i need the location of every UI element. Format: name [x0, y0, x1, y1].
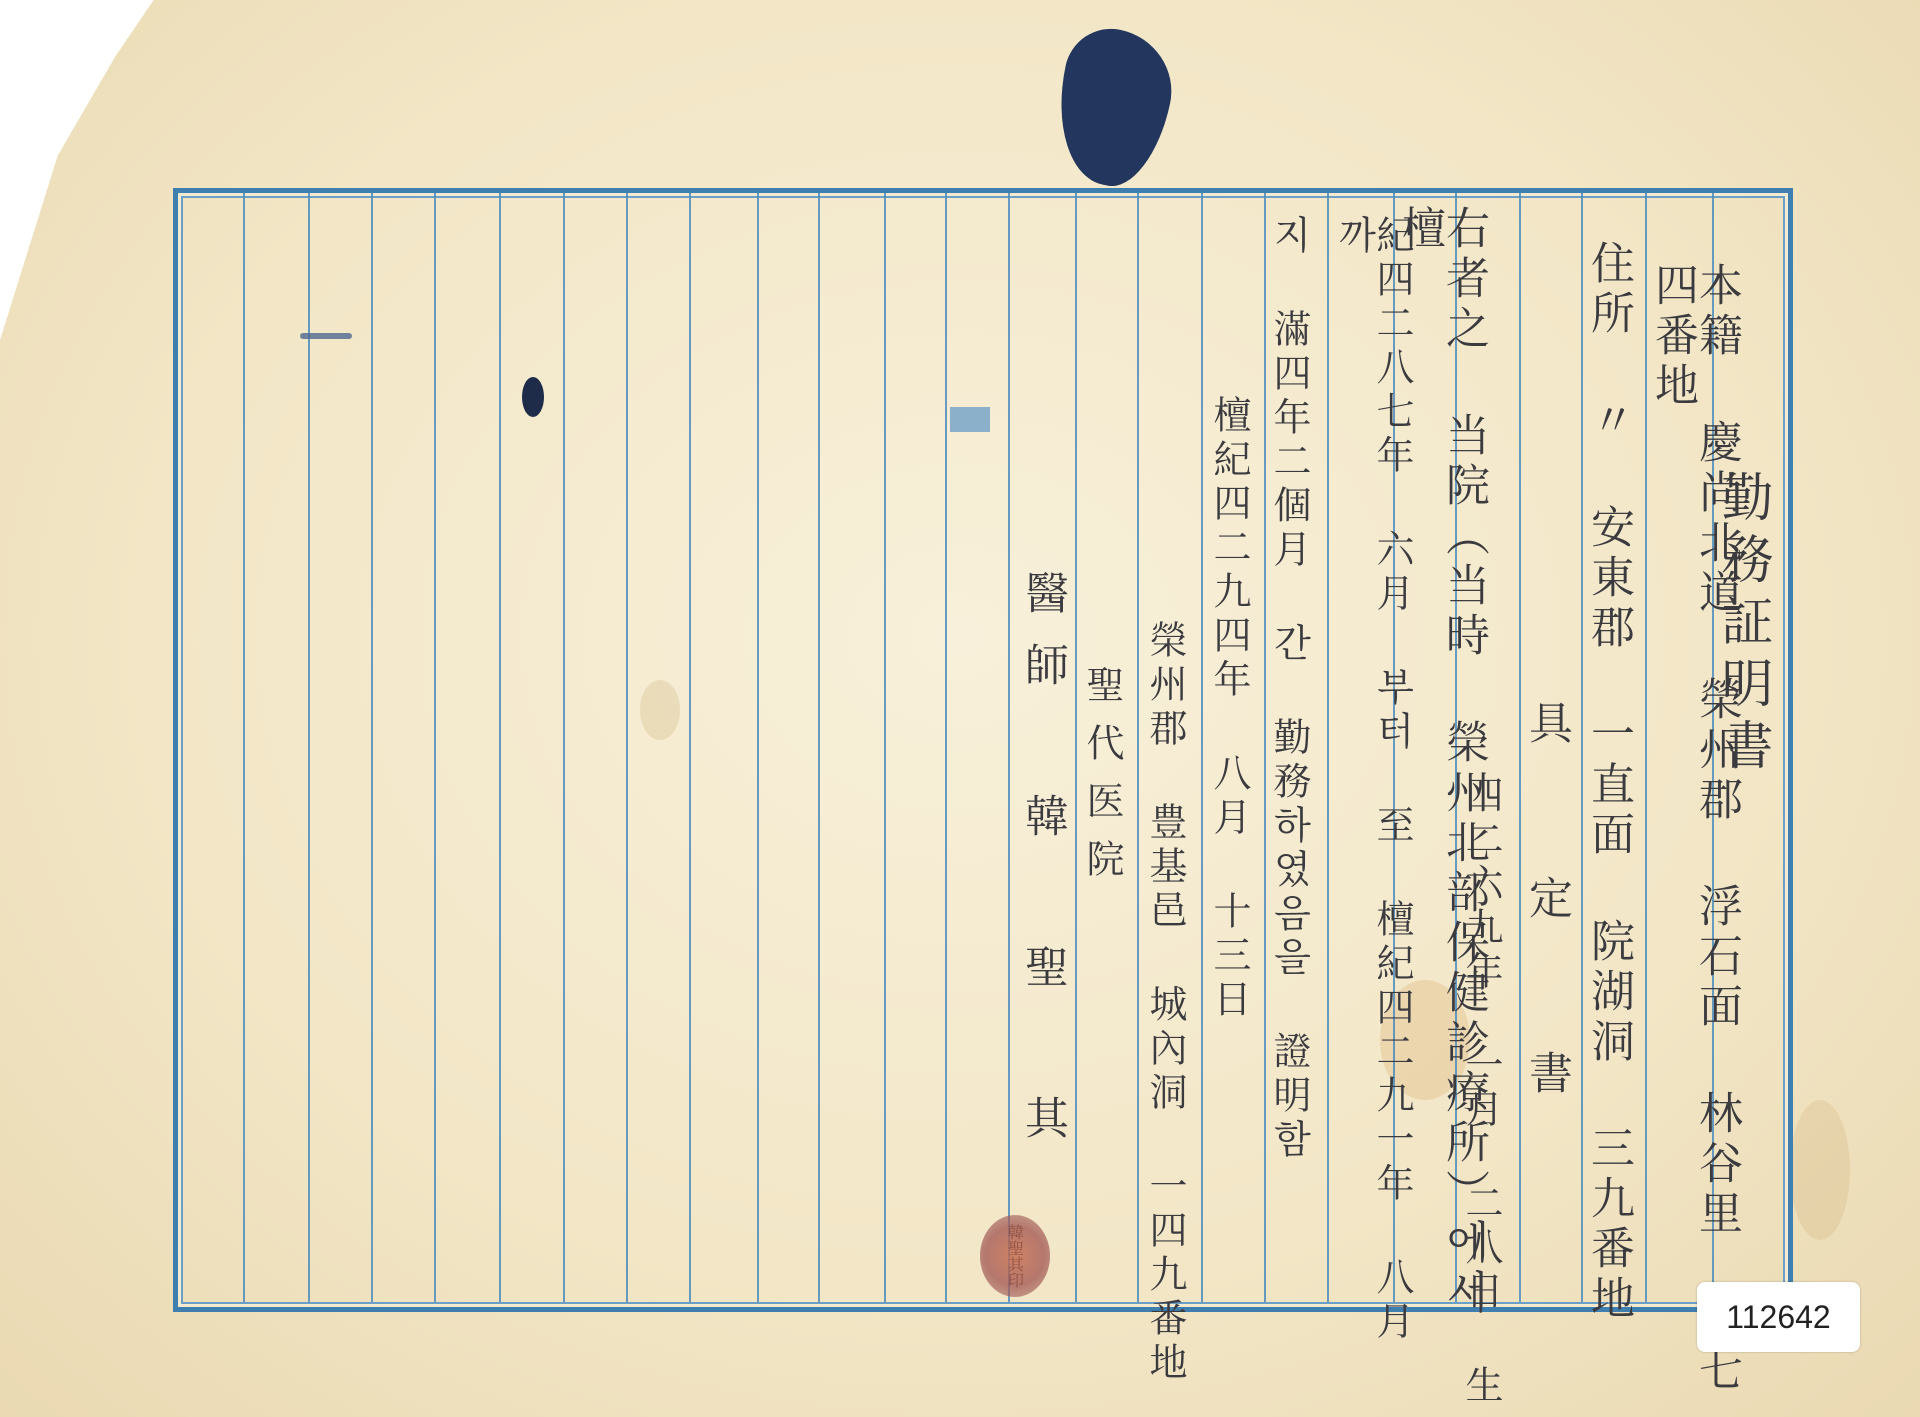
ruling-line [1008, 193, 1010, 1302]
ruling-line [1327, 193, 1329, 1302]
address-line: 住所 〃 安東郡 一直面 院湖洞 三九番地 [1586, 240, 1630, 1325]
ruling-line [1075, 193, 1077, 1302]
name-line: 具 定 書 [1524, 700, 1568, 1134]
age-stain [1790, 1100, 1850, 1240]
doctor-signature-line: 醫師 韓 聖 其 [1020, 570, 1064, 1167]
ruling-line [818, 193, 820, 1302]
domicile-line: 本籍 慶尚北道 榮州郡 浮石面 林谷里 五七四番地 [1650, 262, 1738, 1417]
ink-dash-mark [300, 333, 352, 339]
ink-dot [522, 377, 544, 417]
red-seal-stamp: 韓聖其印 [980, 1215, 1050, 1297]
ruling-line [689, 193, 691, 1302]
ruling-line [499, 193, 501, 1302]
issuer-clinic-line: 聖代医院 [1083, 665, 1121, 897]
ruling-line [1264, 193, 1266, 1302]
issuer-address-line: 榮州郡 豊基邑 城內洞 一四九番地 [1146, 620, 1184, 1386]
ruling-line [1137, 193, 1139, 1302]
ruling-line [884, 193, 886, 1302]
ruling-line [1201, 193, 1203, 1302]
center-fold-mark [950, 407, 990, 432]
ruling-line [757, 193, 759, 1302]
ruling-line [945, 193, 947, 1302]
ruling-line [308, 193, 310, 1302]
body-line-2: 紀四二八七年 六月 부터 至 檀紀四二九一年 八月 까 [1335, 215, 1411, 1417]
ruling-line [243, 193, 245, 1302]
ruling-line [626, 193, 628, 1302]
ruling-line [371, 193, 373, 1302]
body-line-3: 지 滿四年二個月 간 勤務하였음을 證明함 [1270, 215, 1308, 1163]
ruling-line [563, 193, 565, 1302]
date-line: 檀紀四二九四年 八月 十三日 [1210, 395, 1248, 1023]
archive-number-label: 112642 [1697, 1282, 1860, 1352]
ruling-line [434, 193, 436, 1302]
